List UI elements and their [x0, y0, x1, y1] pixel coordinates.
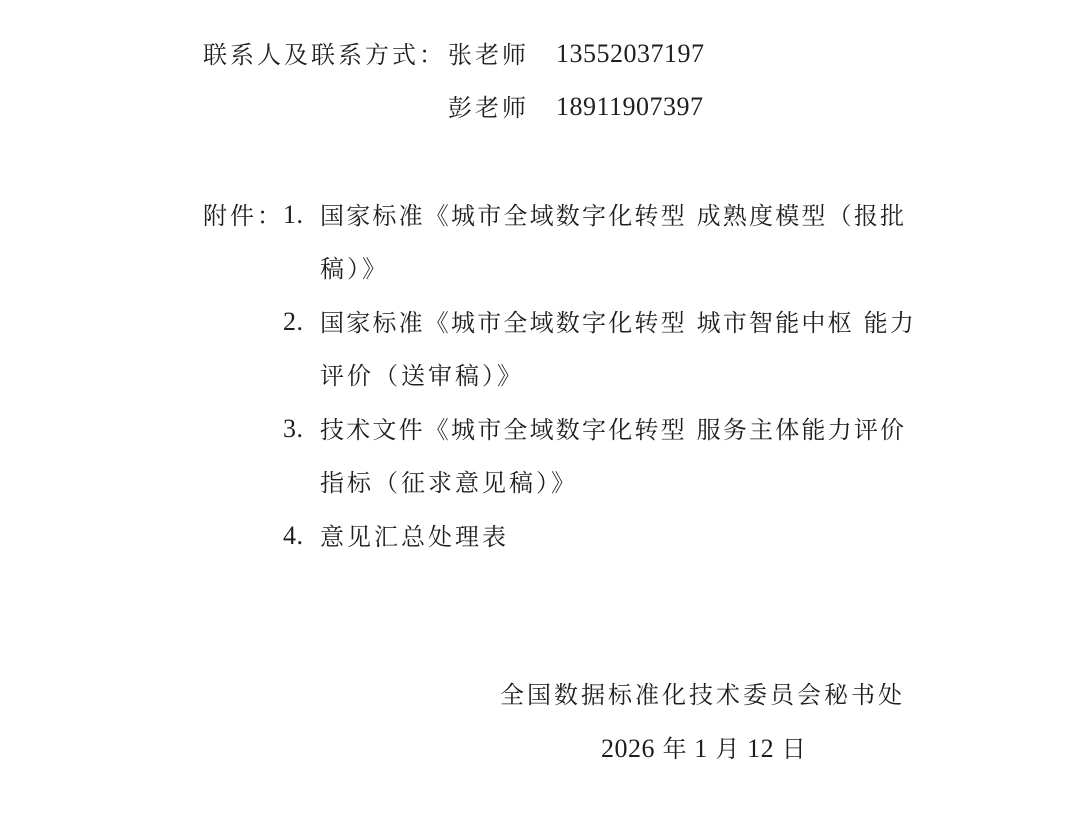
- date-year: 2026: [601, 734, 655, 763]
- attachment-title-line: 国家标准《城市全域数字化转型 成熟度模型（报批: [320, 201, 906, 231]
- attachment-title-line: 技术文件《城市全域数字化转型 服务主体能力评价: [320, 415, 906, 445]
- contact-name-2: 彭老师: [448, 93, 529, 123]
- contact-phone-1: 13552037197: [556, 39, 705, 69]
- attachment-title-line: 意见汇总处理表: [320, 522, 509, 552]
- attachment-title-line: 评价（送审稿）》: [320, 361, 524, 391]
- contact-label: 联系人及联系方式：: [203, 40, 446, 70]
- contact-name-1: 张老师: [448, 40, 529, 70]
- attachments-label: 附件：: [203, 201, 284, 231]
- date-month-unit: 月: [715, 735, 739, 763]
- signature-organization: 全国数据标准化技术委员会秘书处: [500, 680, 905, 710]
- date-year-unit: 年: [663, 735, 687, 763]
- contact-phone-2: 18911907397: [556, 92, 704, 122]
- attachment-title-line: 稿）》: [320, 254, 389, 284]
- attachment-number: 3.: [283, 414, 304, 444]
- signature-date: 2026 年 1 月 12 日: [601, 734, 806, 764]
- attachment-title-line: 国家标准《城市全域数字化转型 城市智能中枢 能力: [320, 308, 916, 338]
- attachment-title-line: 指标（征求意见稿）》: [320, 468, 578, 498]
- date-day: 12: [747, 734, 774, 763]
- attachment-number: 4.: [283, 521, 304, 551]
- attachment-number: 2.: [283, 307, 304, 337]
- date-day-unit: 日: [782, 735, 806, 763]
- attachment-number: 1.: [283, 200, 304, 230]
- date-month: 1: [694, 734, 708, 763]
